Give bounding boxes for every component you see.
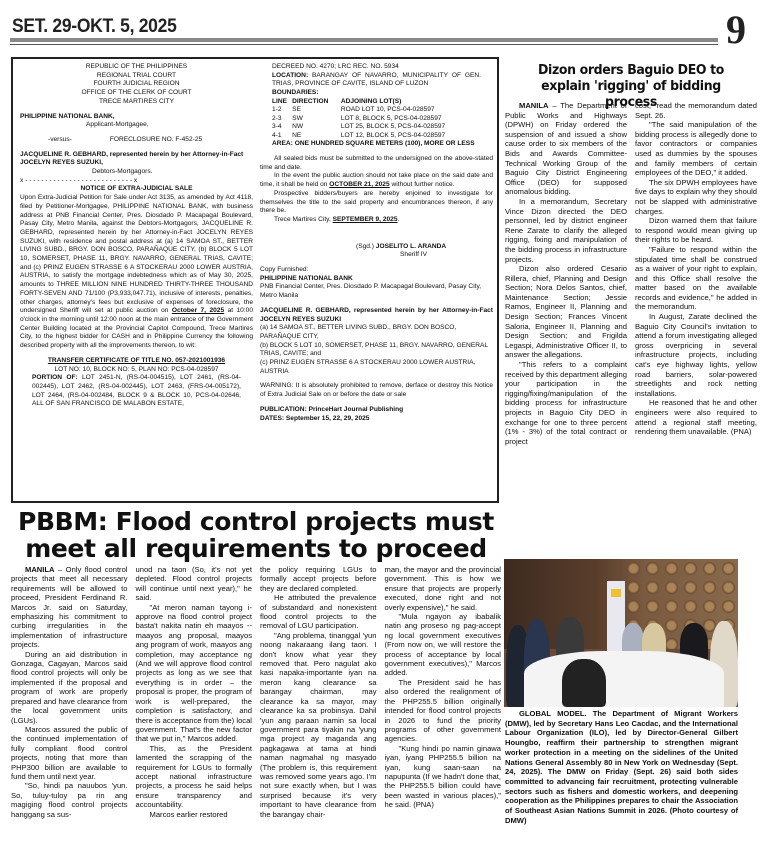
paragraph-text: – Only flood control projects that meet … bbox=[11, 565, 128, 649]
versus-label: -versus- bbox=[48, 136, 72, 145]
location-label: LOCATION: bbox=[272, 72, 308, 79]
article-column: MANILA – Only flood control projects tha… bbox=[11, 565, 128, 819]
case-line: -versus- FORECLOSURE NO. F-452-25 bbox=[20, 136, 253, 145]
article-paragraph: "This refers to a complaint received by … bbox=[505, 360, 627, 446]
cell-line: 1-2 bbox=[272, 106, 292, 115]
article-paragraph: Dizon also ordered Cesario Rillera, chie… bbox=[505, 264, 627, 360]
article-paragraph: unod na taon (So, it's not yet depleted.… bbox=[136, 565, 253, 603]
article-column: cost," read the memorandum dated Sept. 2… bbox=[635, 101, 757, 446]
article-paragraph: The six DPWH employees have five days to… bbox=[635, 178, 757, 216]
court-header: REPUBLIC OF THE PHILIPPINES REGIONAL TRI… bbox=[20, 63, 253, 107]
cell-lot: ROAD LOT 10, PCS-04-028597 bbox=[341, 106, 481, 115]
area-line: AREA: ONE HUNDRED SQUARE METERS (100), M… bbox=[272, 140, 481, 149]
article-paragraph: "At meron naman tayong i-approve na floo… bbox=[136, 603, 253, 744]
cell-direction: SW bbox=[292, 115, 341, 124]
copy2-name: JACQUELINE R. GEBHARD, represented herei… bbox=[260, 307, 493, 324]
table-row: 1-2SEROAD LOT 10, PCS-04-028597 bbox=[272, 106, 481, 115]
signature-block: (Sgd.) JOSELITO L. ARANDA bbox=[260, 243, 493, 252]
place-text: Trece Martires City, bbox=[274, 216, 333, 223]
photo-caption: GLOBAL MODEL. The Department of Migrant … bbox=[505, 709, 738, 825]
signatory-title: Sheriff IV bbox=[260, 251, 493, 260]
dateline: MANILA bbox=[25, 565, 55, 574]
copy1-name: PHILIPPINE NATIONAL BANK bbox=[260, 275, 493, 284]
copy2-address: (b) BLOCK 5 LOT 10, SOMERSET, PHASE 11, … bbox=[260, 342, 493, 359]
article-paragraph: The President said he has also ordered t… bbox=[385, 678, 502, 744]
article-paragraph: MANILA – The Department of Public Works … bbox=[505, 101, 627, 197]
place-date-line: Trece Martires City, SEPTEMBER 9, 2025. bbox=[260, 216, 493, 225]
boundaries-header-row: LINE DIRECTION ADJOINING LOT(S) bbox=[272, 98, 481, 107]
page-masthead: SET. 29-OKT. 5, 2025 9 bbox=[10, 10, 750, 46]
defendant-name: JACQUELINE R. GEBHARD, represented herei… bbox=[20, 151, 253, 168]
pbbm-headline: PBBM: Flood control projects must meet a… bbox=[11, 508, 501, 562]
property-details: DECREED NO. 4270; LRC REC. NO. 5934 LOCA… bbox=[260, 63, 493, 149]
court-header-line: REPUBLIC OF THE PHILIPPINES bbox=[20, 63, 253, 72]
court-header-line: TRECE MARTIRES CITY bbox=[20, 98, 253, 107]
portion-label: PORTION OF: bbox=[32, 374, 78, 381]
court-header-line: FOURTH JUDICIAL REGION bbox=[20, 80, 253, 89]
cell-line: 2-3 bbox=[272, 115, 292, 124]
auction-date: October 7, 2025 bbox=[172, 307, 224, 314]
notice-title: NOTICE OF EXTRA-JUDICIAL SALE bbox=[20, 185, 253, 194]
photo-table bbox=[524, 651, 724, 707]
article-paragraph: "The said manipulation of the bidding pr… bbox=[635, 120, 757, 178]
boundaries-label: BOUNDARIES: bbox=[272, 89, 481, 98]
article-paragraph: the policy requiring LGUs to formally ac… bbox=[260, 565, 377, 593]
notice-body-text: Upon Extra-Judicial Petition for Sale un… bbox=[20, 194, 253, 314]
notice-left-column: REPUBLIC OF THE PHILIPPINES REGIONAL TRI… bbox=[20, 63, 253, 409]
article-column: unod na taon (So, it's not yet depleted.… bbox=[136, 565, 253, 819]
warning-text: WARNING: It is absolutely prohibited to … bbox=[260, 382, 493, 399]
cell-direction: NE bbox=[292, 132, 341, 141]
col-header-lot: ADJOINING LOT(S) bbox=[341, 98, 481, 107]
page-number: 9 bbox=[726, 6, 746, 53]
article-paragraph: man, the mayor and the provincial govern… bbox=[385, 565, 502, 612]
plaintiff-name: PHILIPPINE NATIONAL BANK, bbox=[20, 113, 253, 122]
article-paragraph: "So, hindi pa nauubos 'yun. So, tuluy-tu… bbox=[11, 781, 128, 819]
boundaries-table: LINE DIRECTION ADJOINING LOT(S) 1-2SEROA… bbox=[272, 98, 481, 141]
copy2-address: (a) 14 SAMOA ST., BETTER LIVING SUBD., B… bbox=[260, 324, 493, 341]
dateline: MANILA bbox=[519, 101, 549, 110]
col-header-direction: DIRECTION bbox=[292, 98, 341, 107]
notice-date: SEPTEMBER 9, 2025 bbox=[333, 216, 398, 223]
article-paragraph: During an aid distribution in Gonzaga, C… bbox=[11, 650, 128, 725]
table-row: 2-3SWLOT 8, BLOCK 5, PCS-04-028597 bbox=[272, 115, 481, 124]
copy1-address: PNB Financial Center, Pres. Diosdado P. … bbox=[260, 283, 493, 300]
cell-lot: LOT 25, BLOCK 5, PCS-04-028597 bbox=[341, 123, 481, 132]
article-paragraph: In a memorandum, Secretary Vince Dizon d… bbox=[505, 197, 627, 264]
article-paragraph: "Mula ngayon ay ibabalik natin ang prose… bbox=[385, 612, 502, 678]
copy2-address: (c) PRINZ EUGEN STRASSE 6 A STOCKERAU 20… bbox=[260, 359, 493, 376]
notice-right-column: DECREED NO. 4270; LRC REC. NO. 5934 LOCA… bbox=[260, 63, 493, 423]
bidders-paragraph: Prospective bidders/buyers are hereby en… bbox=[260, 190, 493, 216]
article-paragraph: "Failure to respond within the stipulate… bbox=[635, 245, 757, 312]
reschedule-date: OCTOBER 21, 2025 bbox=[329, 181, 389, 188]
defendant-role: Debtors-Mortgagors. bbox=[20, 168, 253, 177]
decree-line: DECREED NO. 4270; LRC REC. NO. 5934 bbox=[272, 63, 481, 72]
court-header-line: REGIONAL TRIAL COURT bbox=[20, 72, 253, 81]
publication-line: PUBLICATION: PrinceHart Journal Publishi… bbox=[260, 406, 493, 415]
masthead-rule-thin bbox=[10, 44, 718, 45]
article-column: man, the mayor and the provincial govern… bbox=[385, 565, 502, 819]
sgd-prefix: (Sgd.) bbox=[356, 243, 376, 250]
lot-line: LOT NO: 10, BLOCK NO: 5, PLAN NO: PCS-04… bbox=[32, 366, 241, 375]
article-paragraph: Dizon warned them that failure to respon… bbox=[635, 216, 757, 245]
table-row: 4-1NELOT 12, BLOCK 5, PCS-04-028597 bbox=[272, 132, 481, 141]
legal-notice-box: REPUBLIC OF THE PHILIPPINES REGIONAL TRI… bbox=[11, 57, 499, 503]
cell-line: 4-1 bbox=[272, 132, 292, 141]
photo-person bbox=[562, 659, 606, 707]
article-paragraph: Marcos earlier restored bbox=[136, 810, 253, 819]
pbbm-article-body: MANILA – Only flood control projects tha… bbox=[11, 565, 501, 819]
cell-direction: SE bbox=[292, 106, 341, 115]
case-number: FORECLOSURE NO. F-452-25 bbox=[110, 136, 202, 145]
article-paragraph: Marcos assured the public of the continu… bbox=[11, 725, 128, 781]
copy-furnished-label: Copy Furnished: bbox=[260, 266, 493, 275]
paragraph-text: – The Department of Public Works and Hig… bbox=[505, 101, 627, 196]
article-paragraph: "Kung hindi po namin ginawa iyan, iyang … bbox=[385, 744, 502, 810]
meeting-photo bbox=[504, 559, 738, 707]
article-paragraph: He attributed the prevalence of substand… bbox=[260, 593, 377, 631]
cell-lot: LOT 12, BLOCK 5, PCS-04-028597 bbox=[341, 132, 481, 141]
event-paragraph: In the event the public auction should n… bbox=[260, 172, 493, 189]
notice-body: Upon Extra-Judicial Petition for Sale un… bbox=[20, 194, 253, 351]
article-column: MANILA – The Department of Public Works … bbox=[505, 101, 627, 446]
dizon-article-body: MANILA – The Department of Public Works … bbox=[505, 101, 757, 446]
property-description: LOT NO: 10, BLOCK NO: 5, PLAN NO: PCS-04… bbox=[20, 366, 253, 410]
event-text-cont: without further notice. bbox=[390, 181, 455, 188]
publication-dates: DATES: September 15, 22, 29, 2025 bbox=[260, 415, 493, 424]
bids-paragraph: All sealed bids must be submitted to the… bbox=[260, 155, 493, 172]
plaintiff-role: Applicant-Mortgagee, bbox=[20, 121, 253, 130]
separator: x - - - - - - - - - - - - - - - - - - - … bbox=[20, 177, 253, 186]
cell-line: 3-4 bbox=[272, 123, 292, 132]
article-column: the policy requiring LGUs to formally ac… bbox=[260, 565, 377, 819]
court-header-line: OFFICE OF THE CLERK OF COURT bbox=[20, 89, 253, 98]
article-paragraph: He reasoned that he and other engineers … bbox=[635, 398, 757, 436]
article-paragraph: MANILA – Only flood control projects tha… bbox=[11, 565, 128, 650]
table-row: 3-4NWLOT 25, BLOCK 5, PCS-04-028597 bbox=[272, 123, 481, 132]
cell-lot: LOT 8, BLOCK 5, PCS-04-028597 bbox=[341, 115, 481, 124]
signatory-name: JOSELITO L. ARANDA bbox=[376, 243, 446, 250]
col-header-line: LINE bbox=[272, 98, 292, 107]
issue-date: SET. 29-OKT. 5, 2025 bbox=[12, 16, 177, 38]
masthead-rule bbox=[10, 38, 718, 42]
article-paragraph: cost," read the memorandum dated Sept. 2… bbox=[635, 101, 757, 120]
article-paragraph: This, as the President lamented the scra… bbox=[136, 744, 253, 810]
cell-direction: NW bbox=[292, 123, 341, 132]
article-paragraph: "Ang problema, tinanggal 'yun noong naka… bbox=[260, 631, 377, 819]
article-paragraph: In August, Zarate declined the Baguio Ci… bbox=[635, 312, 757, 398]
tct-title: TRANSFER CERTIFICATE OF TITLE NO. 057-20… bbox=[20, 357, 253, 366]
